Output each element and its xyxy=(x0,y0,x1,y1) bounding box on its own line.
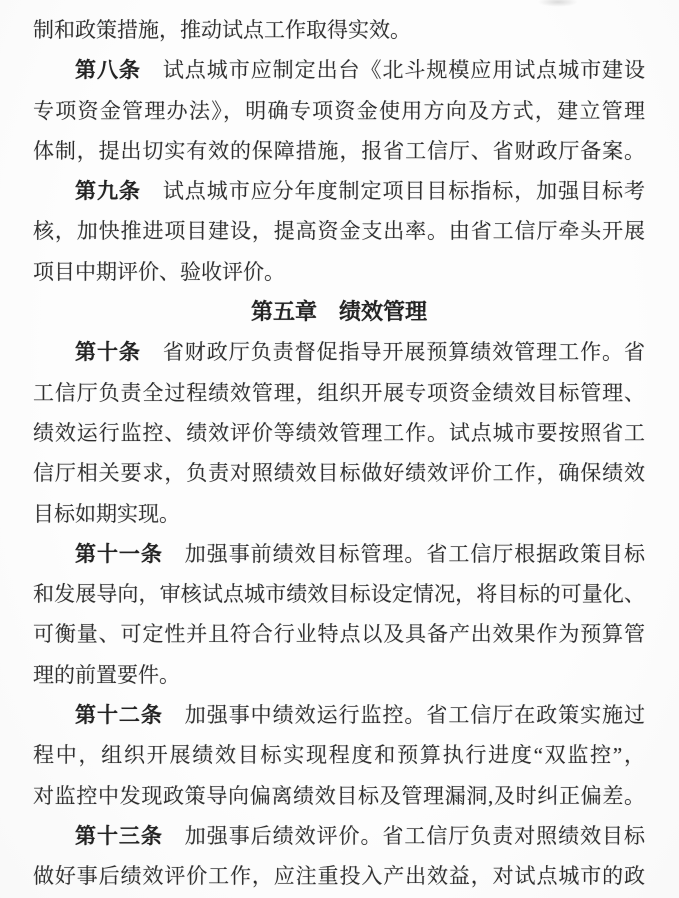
article-number: 第九条 xyxy=(75,179,141,203)
scanned-document-page: 制和政策措施，推动试点工作取得实效。 第八条 试点城市应制定出台《北斗规模应用试… xyxy=(0,0,679,898)
article-number: 第十三条 xyxy=(75,824,163,848)
text-line: 对监控中发现政策导向偏离绩效目标及管理漏洞,及时纠正偏差。 xyxy=(33,776,645,816)
text-line: 工信厅负责全过程绩效管理，组织开展专项资金绩效目标管理、 xyxy=(33,373,645,413)
text-line: 信厅相关要求，负责对照绩效目标做好绩效评价工作，确保绩效 xyxy=(33,453,645,493)
text-line: 做好事后绩效评价工作，应注重投入产出效益，对试点城市的政 xyxy=(33,856,645,896)
text-line: 和发展导向，审核试点城市绩效目标设定情况，将目标的可量化、 xyxy=(33,574,645,614)
article-number: 第十条 xyxy=(75,340,141,364)
article-12-first-line: 第十二条 加强事中绩效运行监控。省工信厅在政策实施过 xyxy=(33,695,645,735)
text-line: 绩效运行监控、绩效评价等绩效管理工作。试点城市要按照省工 xyxy=(33,413,645,453)
text-line: 目标如期实现。 xyxy=(33,494,645,534)
document-text-block: 制和政策措施，推动试点工作取得实效。 第八条 试点城市应制定出台《北斗规模应用试… xyxy=(33,10,645,897)
article-11-first-line: 第十一条 加强事前绩效目标管理。省工信厅根据政策目标 xyxy=(33,534,645,574)
text-line: 体制，提出切实有效的保障措施，报省工信厅、省财政厅备案。 xyxy=(33,131,645,171)
article-number: 第十一条 xyxy=(75,542,163,566)
text-line: 程中，组织开展绩效目标实现程度和预算执行进度“双监控”， xyxy=(33,735,645,775)
article-9-first-line: 第九条 试点城市应分年度制定项目目标指标，加强目标考 xyxy=(33,171,645,211)
text-line: 制和政策措施，推动试点工作取得实效。 xyxy=(33,10,645,50)
text-line: 项目中期评价、验收评价。 xyxy=(33,252,645,292)
article-number: 第八条 xyxy=(75,58,141,82)
article-8-first-line: 第八条 试点城市应制定出台《北斗规模应用试点城市建设 xyxy=(33,50,645,90)
article-13-first-line: 第十三条 加强事后绩效评价。省工信厅负责对照绩效目标 xyxy=(33,816,645,856)
article-number: 第十二条 xyxy=(75,703,163,727)
article-10-first-line: 第十条 省财政厅负责督促指导开展预算绩效管理工作。省 xyxy=(33,332,645,372)
text-line: 专项资金管理办法》，明确专项资金使用方向及方式，建立管理 xyxy=(33,91,645,131)
text-line: 可衡量、可定性并且符合行业特点以及具备产出效果作为预算管 xyxy=(33,614,645,654)
scan-smudge-artifact xyxy=(538,0,578,7)
text-line: 核，加快推进项目建设，提高资金支出率。由省工信厅牵头开展 xyxy=(33,211,645,251)
chapter-5-heading: 第五章 绩效管理 xyxy=(33,292,645,332)
text-line: 理的前置要件。 xyxy=(33,655,645,695)
